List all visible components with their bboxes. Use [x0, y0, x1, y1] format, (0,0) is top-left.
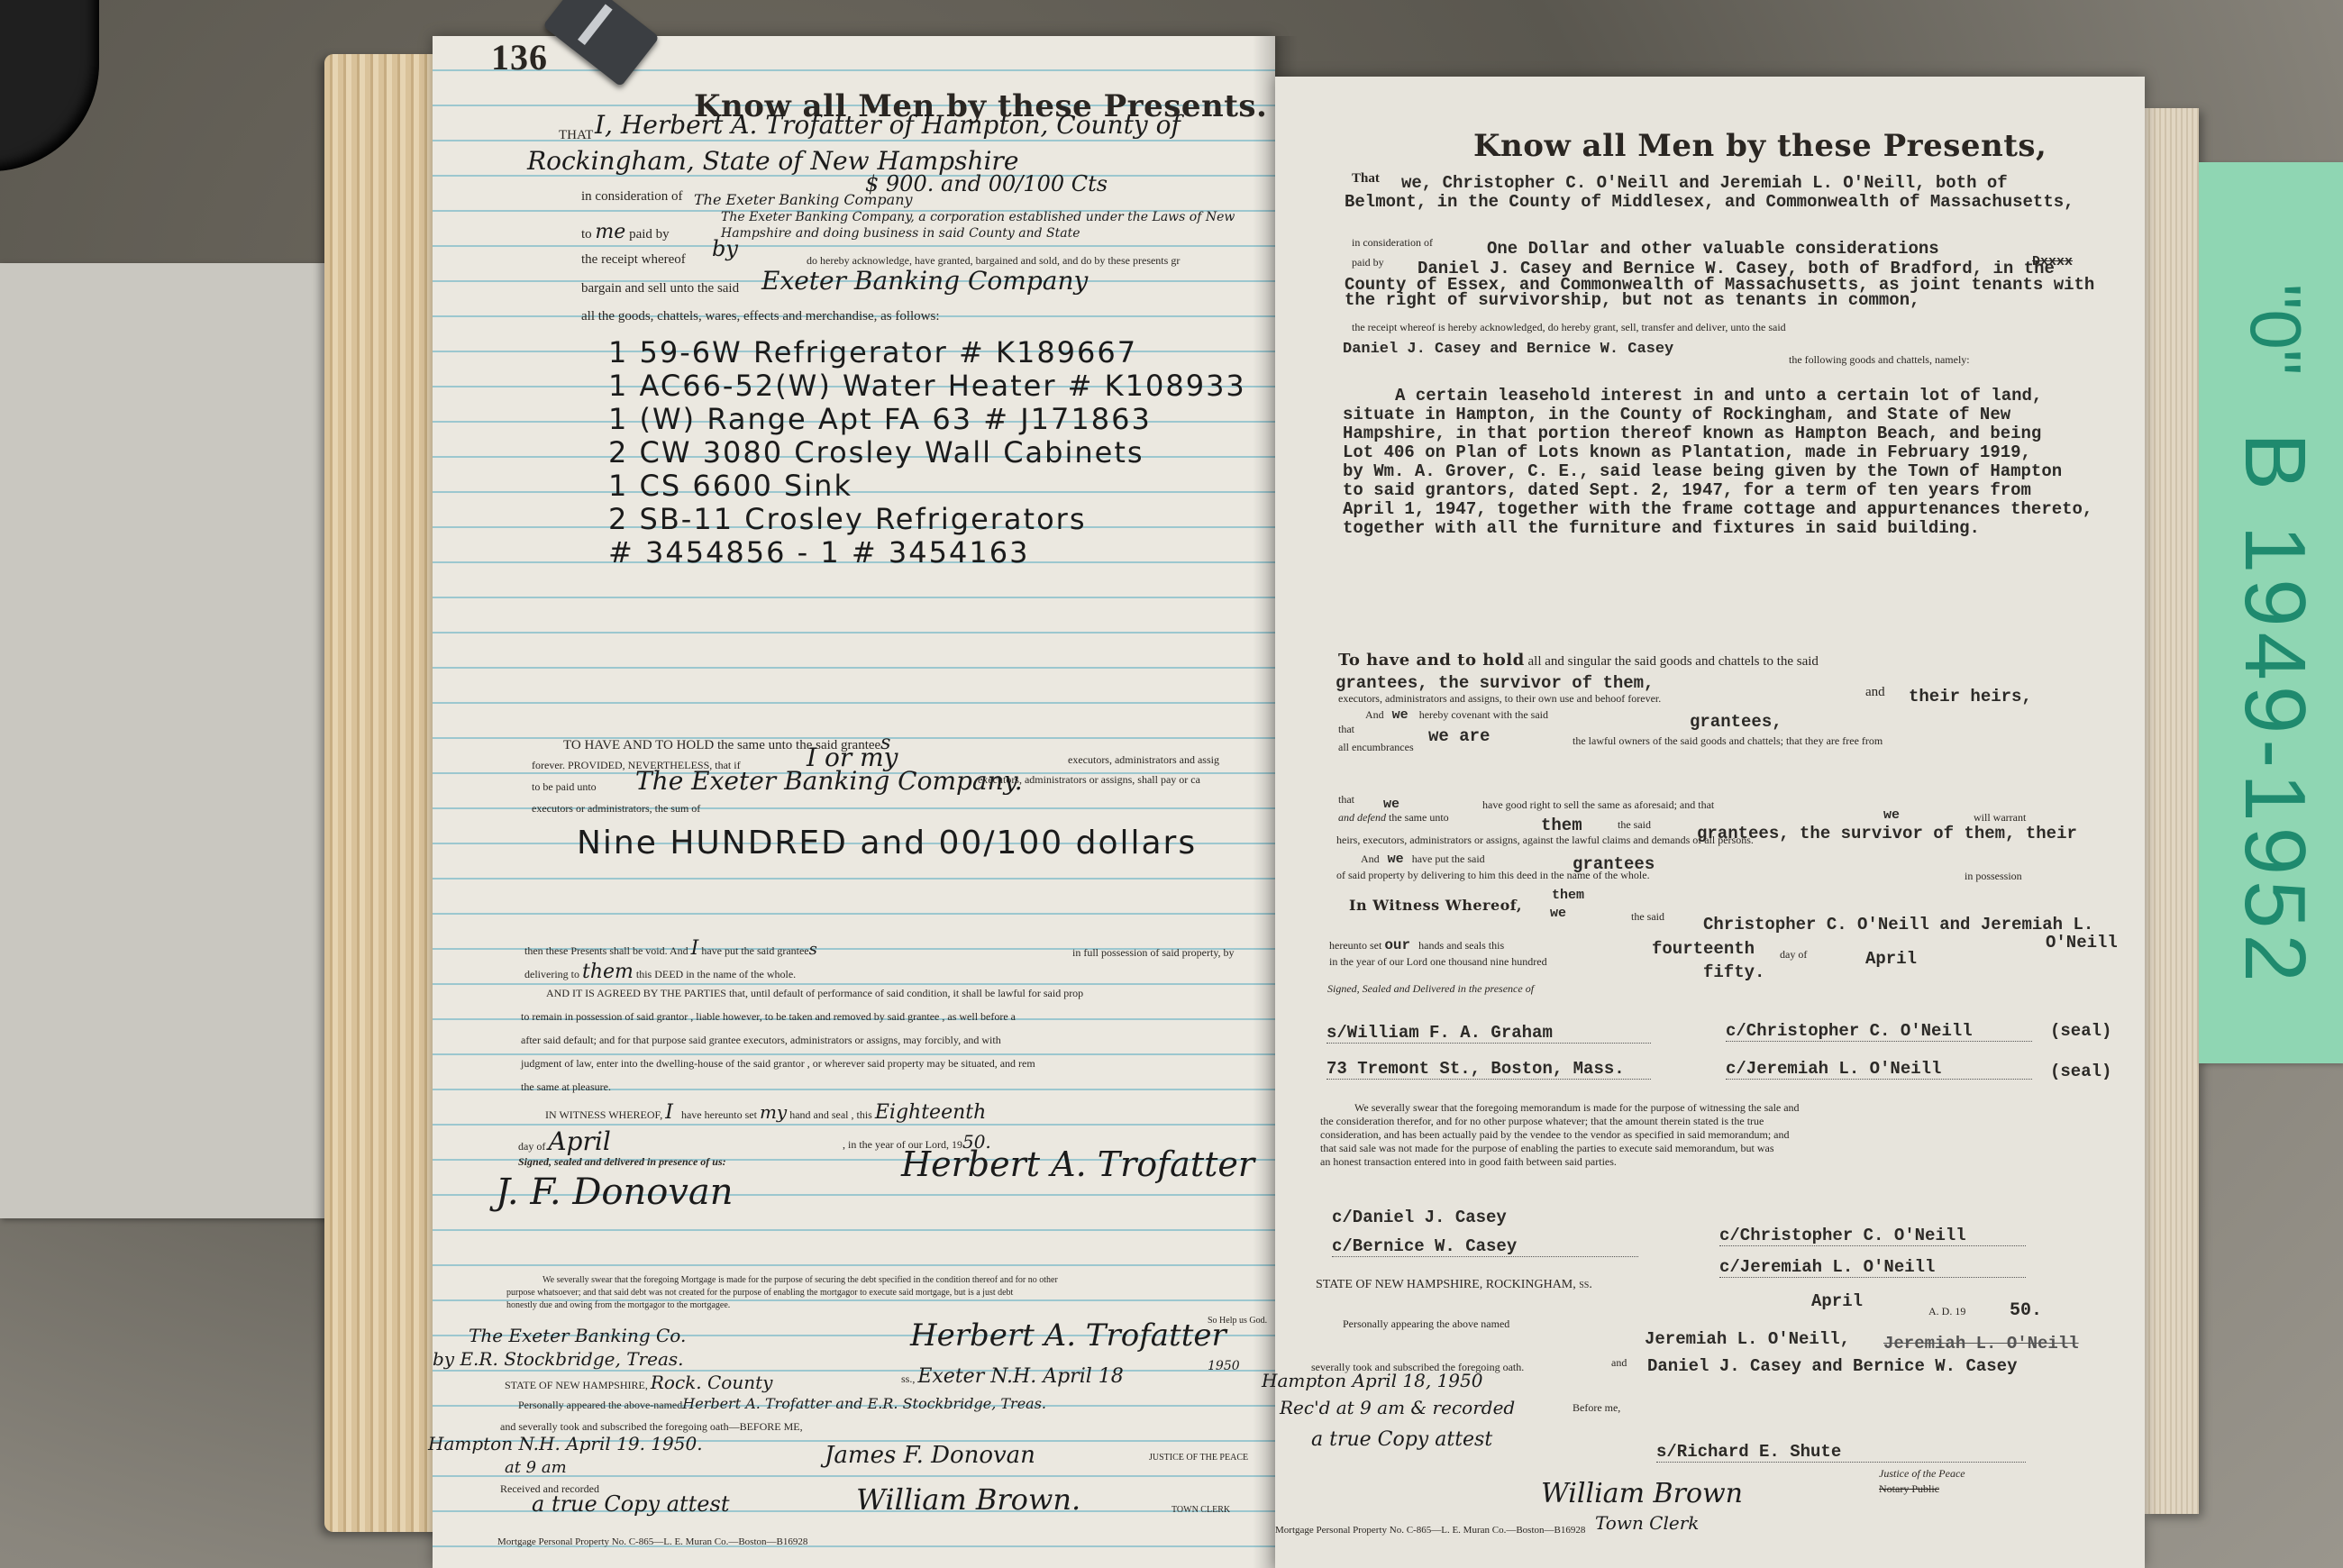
that-label: THAT [559, 128, 593, 143]
witness-label: IN WITNESS WHEREOF, [545, 1108, 662, 1121]
paid-by-typed-3: the right of survivorship, but not as te… [1345, 290, 1920, 310]
description-line: together with all the furniture and fixt… [1343, 518, 2092, 537]
grantor-signature-1: c/Christopher C. O'Neill [1726, 1021, 2032, 1042]
ss-label: ss., [901, 1372, 915, 1385]
list-item: # 3454856 - 1 # 3454163 [608, 535, 1246, 569]
possession-text: in possession [1965, 870, 2022, 883]
heirs-text: heirs, executors, administrators or assi… [1336, 834, 1754, 847]
right-text: have good right to sell the same as afor… [1482, 798, 1714, 812]
put-text: have put the said [1412, 852, 1485, 865]
description-line: situate in Hampton, in the County of Roc… [1343, 405, 2092, 424]
list-item: 2 CW 3080 Crosley Wall Cabinets [608, 435, 1246, 469]
grantor-signature: Herbert A. Trofatter [901, 1144, 1254, 1184]
agreed-paragraph: AND IT IS AGREED BY THE PARTIES that, un… [521, 987, 1083, 1104]
oath-line: that said sale was not made for the purp… [1320, 1142, 1800, 1155]
year-typed: fifty. [1703, 962, 1764, 982]
have-hold-typed: grantees, the survivor of them, [1336, 673, 1654, 693]
consideration-label: in consideration of [1352, 236, 1433, 250]
town-clerk-label: Town Clerk [1595, 1512, 1699, 1534]
form-footer: Mortgage Personal Property No. C-865—L. … [1275, 1525, 1585, 1536]
defend-label: and defend [1338, 811, 1386, 824]
oath-paragraph: We severally swear that the foregoing Mo… [506, 1275, 1058, 1313]
town-clerk-label: TOWN CLERK [1171, 1505, 1230, 1515]
description-line: April 1, 1947, together with the frame c… [1343, 499, 2092, 518]
set-day: fourteenth [1652, 939, 1755, 959]
memorandum-oath: We severally swear that the foregoing me… [1320, 1101, 1800, 1169]
state-ad: A. D. 19 [1928, 1305, 1965, 1318]
oath-signature-daniel: c/Daniel J. Casey [1332, 1208, 1507, 1227]
state-month: April [1811, 1291, 1863, 1311]
oath-line: the consideration therefor, and for no o… [1320, 1115, 1800, 1128]
oath-line: purpose whatsoever; and that said debt w… [506, 1288, 1058, 1300]
took-oath-label: and severally took and subscribed the fo… [500, 1420, 803, 1434]
set-label: hereunto set [1329, 939, 1381, 952]
year-label: in the year of our Lord one thousand nin… [1329, 955, 1547, 969]
me-handwritten: me [595, 221, 625, 243]
void-tail: have put the said grantee [701, 944, 808, 957]
description-line: by Wm. A. Grover, C. E., said lease bein… [1343, 461, 2092, 480]
witness-tail: hand and seal , this [789, 1108, 872, 1121]
delivering-text: of said property by delivering to him th… [1336, 869, 1650, 882]
list-item: 1 AC66-52(W) Water Heater # K108933 [608, 369, 1246, 402]
description-line: to said grantors, dated Sept. 2, 1947, f… [1343, 480, 2092, 499]
appearing-typed: Jeremiah L. O'Neill, [1645, 1329, 1850, 1349]
seal-mark-1: (seal) [2050, 1021, 2111, 1041]
day-handwritten: April [548, 1126, 610, 1156]
sum-handwritten: Nine HUNDRED and 00/100 dollars [577, 825, 1197, 861]
list-item: 1 CS 6600 Sink [608, 469, 1246, 502]
have-hold-tail: executors, administrators and assig [1068, 753, 1219, 767]
oath-line: We severally swear that the foregoing Mo… [506, 1275, 1058, 1288]
ss-handwritten: Exeter N.H. April 18 [917, 1365, 1123, 1388]
tab-range: B 1949-1952 [2231, 433, 2318, 988]
paid-by-handwritten: The Exeter Banking Company, a corporatio… [721, 209, 1298, 242]
appeared-label: Personally appeared the above-named [518, 1399, 682, 1411]
receipt-label: the receipt whereof is hereby acknowledg… [1352, 321, 1786, 334]
description-line: A certain leasehold interest in and unto… [1343, 386, 2092, 405]
consideration-typed: One Dollar and other valuable considerat… [1487, 239, 1939, 259]
seal-mark-2: (seal) [2050, 1062, 2111, 1081]
witness-mid: have hereunto set [681, 1108, 757, 1121]
ss-year: 1950 [1208, 1359, 1240, 1373]
delivering-them: them [1552, 888, 1584, 903]
covenant-text: hereby covenant with the said [1419, 708, 1548, 721]
attest-handwritten: a true Copy attest [1311, 1428, 1492, 1451]
sum-label: executors or administrators, the sum of [532, 802, 700, 816]
oath-line: honestly due and owing from the mortgago… [506, 1300, 1058, 1313]
attest-handwritten: a true Copy attest [532, 1491, 729, 1517]
signed-label: Signed, sealed and delivered in presence… [518, 1155, 726, 1169]
day-label: day of [518, 1140, 545, 1153]
delivering-handwritten: them [582, 961, 634, 983]
covenant-grantees: grantees, [1690, 712, 1782, 732]
void-text: then these Presents shall be void. And [524, 944, 688, 957]
have-hold-text: all and singular the said goods and chat… [1528, 654, 1819, 669]
oath-signature-jeremiah: c/Jeremiah L. O'Neill [1719, 1257, 2026, 1278]
leather-strap [0, 0, 99, 171]
justice-label: Justice of the Peace [1879, 1467, 1965, 1481]
grantor-signature-2: c/Jeremiah L. O'Neill [1726, 1059, 2032, 1080]
right-we-2: we [1883, 807, 1900, 823]
tab-mark: "0" [2239, 284, 2311, 383]
signed-label: Signed, Sealed and Delivered in the pres… [1327, 982, 1534, 996]
received-date-handwritten: Hampton N.H. April 19. 1950. [428, 1433, 703, 1454]
town-clerk-signature: William Brown [1541, 1478, 1743, 1509]
have-hold-and: and [1865, 685, 1885, 700]
right-we: we [1383, 797, 1399, 812]
list-item: 1 (W) Range Apt FA 63 # J171863 [608, 402, 1246, 435]
description-line: Lot 406 on Plan of Lots known as Plantat… [1343, 442, 2092, 461]
void-handwritten: I [691, 937, 699, 960]
agreed-line: to remain in possession of said grantor … [521, 1010, 1083, 1034]
received-date-handwritten: Hampton April 18, 1950 [1262, 1370, 1482, 1391]
oath-line: We severally swear that the foregoing me… [1320, 1101, 1800, 1115]
notary-struck: Notary Public [1879, 1482, 1939, 1496]
defend-them: them [1541, 816, 1582, 835]
index-tab-label: "0" B 1949-1952 [2226, 297, 2325, 988]
set-month: April [1865, 949, 1917, 969]
grantees-typed: Daniel J. Casey and Bernice W. Casey [1343, 341, 1673, 358]
oath-line: an honest transaction entered into in go… [1320, 1155, 1800, 1169]
encumbrances-label: all encumbrances [1338, 741, 1414, 754]
town-clerk-signature: William Brown. [856, 1482, 1080, 1517]
oath-bank-signature: The Exeter Banking Co. [469, 1325, 686, 1346]
covenant-we-are: we are [1428, 726, 1490, 746]
witness-signature: J. F. Donovan [496, 1171, 734, 1213]
put-and: And [1361, 852, 1380, 865]
void-handwritten-2: s [809, 940, 817, 959]
consideration-lender-handwritten: The Exeter Banking Company [694, 191, 913, 208]
have-hold-heirs: their heirs, [1909, 687, 2032, 707]
consideration-label: in consideration of [581, 189, 682, 205]
before-me-label: Before me, [1573, 1401, 1620, 1415]
warrant-text: will warrant [1974, 811, 2026, 824]
delivering-tail: this DEED in the name of the whole. [636, 968, 796, 980]
defend-text: the same unto [1389, 811, 1449, 824]
have-hold-tail: executors, administrators and assigns, t… [1338, 692, 1661, 706]
right-that: that [1338, 793, 1354, 807]
set-day-of: day of [1780, 948, 1807, 962]
property-description: A certain leasehold interest in and unto… [1343, 386, 2092, 537]
appeared-handwritten: Herbert A. Trofatter and E.R. Stockbridg… [682, 1395, 1046, 1412]
loose-paper-sheet [0, 263, 378, 1218]
oath-signature-christopher: c/Christopher C. O'Neill [1719, 1226, 2026, 1246]
justice-label: JUSTICE OF THE PEACE [1149, 1453, 1248, 1463]
goods-label: the following goods and chattels, namely… [1789, 353, 1970, 367]
put-we: we [1388, 852, 1404, 867]
justice-signature: s/Richard E. Shute [1656, 1442, 2026, 1463]
bargain-label: bargain and sell unto the said [581, 281, 739, 296]
received-recorded-handwritten: Rec'd at 9 am & recorded [1280, 1397, 1515, 1418]
oath-grantor-signature: Herbert A. Trofatter [910, 1317, 1226, 1354]
received-time-handwritten: at 9 am [505, 1458, 567, 1477]
void-tail-2: in full possession of said property, by [1072, 946, 1235, 960]
paid-by-label: paid by [1352, 256, 1384, 269]
delivering-label: delivering to [524, 968, 579, 980]
page-number: 136 [491, 36, 548, 78]
list-item: 1 59-6W Refrigerator # K189667 [608, 335, 1246, 369]
appearing-struck: Jeremiah L. O'Neill [1883, 1334, 2079, 1354]
state-handwritten: Rock. County [651, 1372, 773, 1393]
grantors-typed: we, Christopher C. O'Neill and Jeremiah … [1401, 173, 2008, 193]
oath-line: consideration, and has been actually pai… [1320, 1128, 1800, 1142]
covenant-that: that [1338, 723, 1354, 736]
agreed-line: after said default; and for that purpose… [521, 1034, 1083, 1057]
appearing-and: and [1611, 1356, 1627, 1370]
appearing-typed-2: Daniel J. Casey and Bernice W. Casey [1647, 1356, 2017, 1376]
state-label: STATE OF NEW HAMPSHIRE, ROCKINGHAM, ss. [1316, 1278, 1592, 1292]
set-text: hands and seals this [1418, 939, 1504, 952]
form-footer: Mortgage Personal Property No. C-865—L. … [497, 1536, 807, 1547]
set-our: our [1384, 937, 1410, 953]
appearing-label: Personally appearing the above named [1343, 1317, 1509, 1331]
state-label: STATE OF NEW HAMPSHIRE, [505, 1379, 648, 1391]
witness-label: In Witness Whereof, [1349, 897, 1522, 914]
paid-unto-label: to be paid unto [532, 780, 597, 794]
paid-unto-handwritten: The Exeter Banking Company. [635, 766, 1023, 796]
defend-said: the said [1618, 818, 1651, 832]
witness-we: we [1550, 906, 1566, 921]
oath-signature-bernice: c/Bernice W. Casey [1332, 1236, 1638, 1257]
have-hold-label: To have and to hold [1338, 651, 1525, 670]
book-page-edges-right [2145, 108, 2199, 1514]
list-item: 2 SB-11 Crosley Refrigerators [608, 502, 1246, 535]
agreed-line: judgment of law, enter into the dwelling… [521, 1057, 1083, 1080]
to-label: to [581, 227, 592, 242]
description-line: Hampshire, in that portion thereof known… [1343, 424, 2092, 442]
oath-treasurer-signature: by E.R. Stockbridge, Treas. [433, 1348, 684, 1370]
witness-names-2: O'Neill [2046, 933, 2118, 953]
grantor-handwritten: I, Herbert A. Trofatter of Hampton, Coun… [595, 110, 1181, 140]
witness-handwritten-2: my [760, 1101, 787, 1123]
bargain-handwritten: Exeter Banking Company [761, 266, 1088, 296]
witness-address: 73 Tremont St., Boston, Mass. [1326, 1059, 1651, 1080]
receipt-handwritten: by [712, 236, 738, 261]
defend-typed: grantees, the survivor of them, their [1697, 824, 2077, 843]
right-deed-title: Know all Men by these Presents, [1473, 128, 2047, 164]
covenant-we: we [1392, 707, 1409, 723]
covenant-and: And [1365, 708, 1384, 721]
goods-label: all the goods, chattels, wares, effects … [581, 309, 940, 324]
items-list: 1 59-6W Refrigerator # K189667 1 AC66-52… [608, 335, 1246, 569]
witness-day-handwritten: Eighteenth [875, 1101, 986, 1124]
paid-by-label: paid by [629, 227, 670, 242]
witness-names: Christopher C. O'Neill and Jeremiah L. [1703, 915, 2093, 934]
covenant-owners: the lawful owners of the said goods and … [1573, 734, 1883, 748]
witness-signature: s/William F. A. Graham [1326, 1023, 1651, 1044]
book-page-edges-left [324, 54, 451, 1532]
state-year: 50. [2010, 1300, 2042, 1321]
witness-handwritten: I [665, 1101, 673, 1124]
grantors-typed-2: Belmont, in the County of Middlesex, and… [1345, 192, 2074, 212]
that-label: That [1352, 171, 1380, 187]
witness-said: the said [1631, 910, 1664, 924]
receipt-label: the receipt whereof [581, 252, 686, 268]
agreed-line: AND IT IS AGREED BY THE PARTIES that, un… [521, 987, 1083, 1010]
justice-signature: James F. Donovan [825, 1442, 1035, 1469]
